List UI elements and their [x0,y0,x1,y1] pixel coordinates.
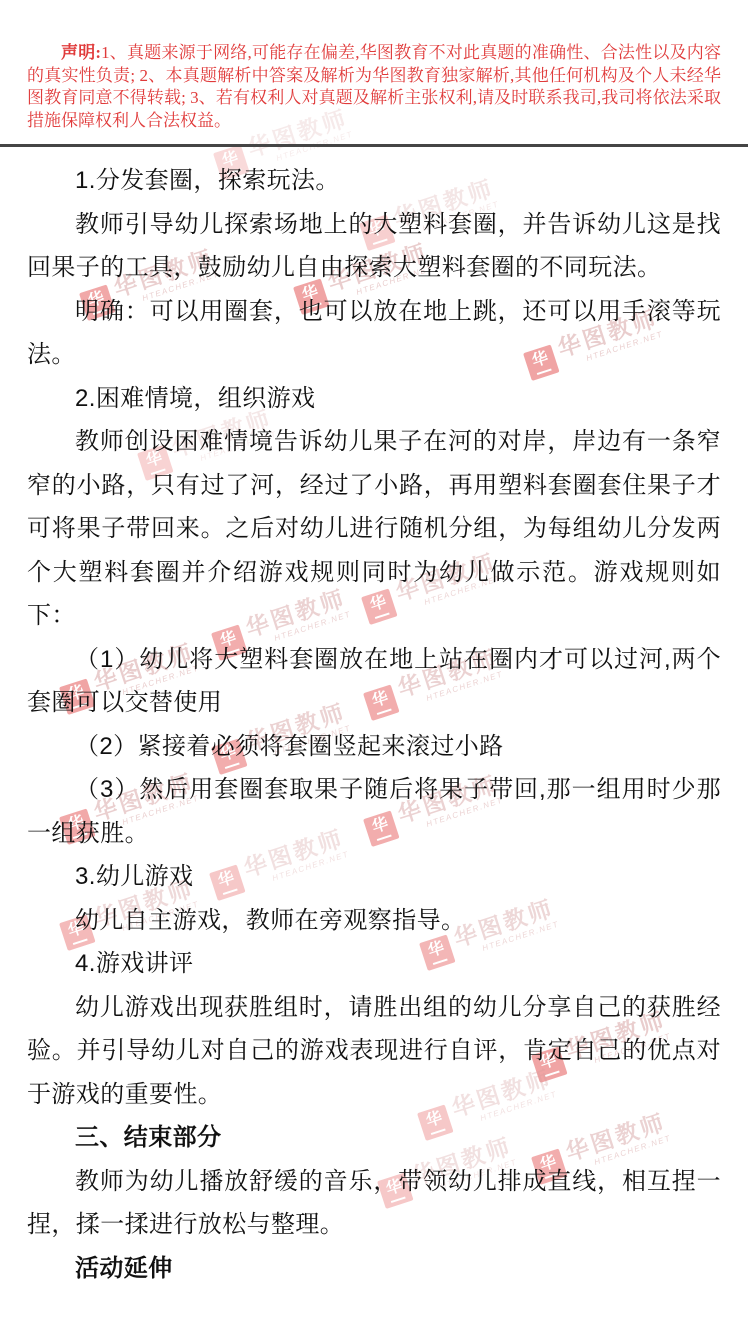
paragraph: 3.幼儿游戏 [27,855,721,899]
paragraph: 教师创设困难情境告诉幼儿果子在河的对岸，岸边有一条窄窄的小路，只有过了河，经过了… [27,420,721,638]
document-content: 声明:1、真题来源于网络,可能存在偏差,华图教育不对此真题的准确性、合法性以及内… [0,0,748,1290]
disclaimer-body: 1、真题来源于网络,可能存在偏差,华图教育不对此真题的准确性、合法性以及内容的真… [27,43,721,130]
section-heading-extension: 活动延伸 [27,1247,721,1291]
paragraph: 1.分发套圈，探索玩法。 [27,159,721,203]
paragraph: （1）幼儿将大塑料套圈放在地上站在圈内才可以过河,两个套圈可以交替使用 [27,638,721,725]
paragraph: 明确：可以用圈套，也可以放在地上跳，还可以用手滚等玩法。 [27,290,721,377]
paragraph: 教师引导幼儿探索场地上的大塑料套圈，并告诉幼儿这是找回果子的工具，鼓励幼儿自由探… [27,203,721,290]
paragraph: 幼儿自主游戏，教师在旁观察指导。 [27,899,721,943]
paragraph: 4.游戏讲评 [27,942,721,986]
paragraph: 幼儿游戏出现获胜组时，请胜出组的幼儿分享自己的获胜经验。并引导幼儿对自己的游戏表… [27,986,721,1117]
body-text: 1.分发套圈，探索玩法。 教师引导幼儿探索场地上的大塑料套圈，并告诉幼儿这是找回… [27,147,721,1290]
document-page: 华华图教师HTEACHER.NET 华华图教师HTEACHER.NET 华华图教… [0,0,748,1335]
paragraph: 教师为幼儿播放舒缓的音乐，带领幼儿排成直线，相互捏一捏，揉一揉进行放松与整理。 [27,1160,721,1247]
disclaimer-text: 声明:1、真题来源于网络,可能存在偏差,华图教育不对此真题的准确性、合法性以及内… [27,42,721,132]
paragraph: 2.困难情境，组织游戏 [27,377,721,421]
section-heading-ending: 三、结束部分 [27,1116,721,1160]
disclaimer-label: 声明: [61,43,101,62]
paragraph: （3）然后用套圈套取果子随后将果子带回,那一组用时少那一组获胜。 [27,768,721,855]
paragraph: （2）紧接着必须将套圈竖起来滚过小路 [27,725,721,769]
